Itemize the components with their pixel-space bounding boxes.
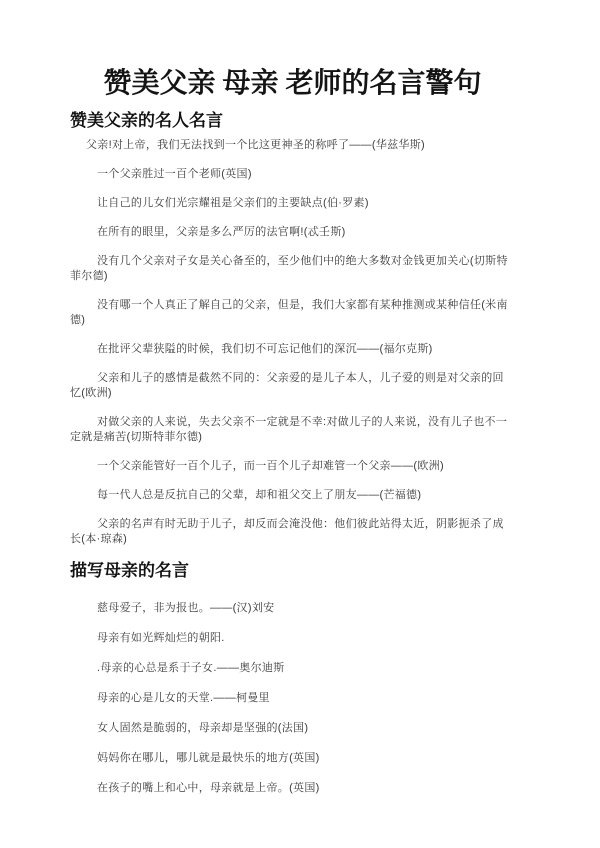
father-quote-7: 在批评父辈狭隘的时候，我们切不可忘记他们的深沉——(福尔克斯)	[70, 342, 515, 357]
section-heading-mother: 描写母亲的名言	[70, 561, 515, 581]
father-quote-12: 父亲的名声有时无助于儿子，却反而会淹没他：他们彼此站得太近，阴影扼杀了成长(本·…	[70, 517, 515, 547]
document: 赞美父亲 母亲 老师的名言警句 赞美父亲的名人名言 父亲!对上帝，我们无法找到一…	[0, 0, 600, 796]
mother-quote-7: 在孩子的嘴上和心中，母亲就是上帝。(英国)	[70, 781, 515, 796]
mother-quote-5: 女人固然是脆弱的，母亲却是坚强的(法国)	[70, 721, 515, 736]
father-quote-3: 让自己的儿女们光宗耀祖是父亲们的主要缺点(伯·罗素)	[70, 196, 515, 211]
section-heading-father: 赞美父亲的名人名言	[70, 111, 515, 131]
father-quote-6: 没有哪一个人真正了解自己的父亲，但是，我们大家都有某种推测或某种信任(米南德)	[70, 298, 515, 328]
father-quote-5: 没有几个父亲对子女是关心备至的，至少他们中的绝大多数对金钱更加关心(切斯特菲尔德…	[70, 254, 515, 284]
page-title: 赞美父亲 母亲 老师的名言警句	[70, 68, 515, 100]
mother-quote-1: 慈母爱子，非为报也。——(汉)刘安	[70, 601, 515, 616]
father-quote-10: 一个父亲能管好一百个儿子，而一百个儿子却难管一个父亲——(欧洲)	[70, 459, 515, 474]
section-mother-quotes: 描写母亲的名言 慈母爱子，非为报也。——(汉)刘安 母亲有如光辉灿烂的朝阳. .…	[70, 561, 515, 796]
father-quote-8: 父亲和儿子的感情是截然不同的：父亲爱的是儿子本人，儿子爱的则是对父亲的回忆(欧洲…	[70, 371, 515, 401]
father-quote-11: 每一代人总是反抗自己的父辈，却和祖父交上了朋友——(芒福德)	[70, 488, 515, 503]
mother-quote-2: 母亲有如光辉灿烂的朝阳.	[70, 631, 515, 646]
mother-quote-3: .母亲的心总是系于子女.——奥尔迪斯	[70, 661, 515, 676]
page: { "title": "赞美父亲 母亲 老师的名言警句", "sections"…	[0, 0, 600, 848]
father-quote-1: 父亲!对上帝，我们无法找到一个比这更神圣的称呼了——(华兹华斯)	[70, 138, 515, 153]
section-father-quotes: 赞美父亲的名人名言 父亲!对上帝，我们无法找到一个比这更神圣的称呼了——(华兹华…	[70, 111, 515, 547]
father-quote-9: 对做父亲的人来说，失去父亲不一定就是不幸:对做儿子的人来说，没有儿子也不一定就是…	[70, 415, 515, 445]
mother-quote-4: 母亲的心是儿女的天堂.——柯曼里	[70, 691, 515, 706]
father-quote-4: 在所有的眼里，父亲是多么严厉的法官啊!(忒壬斯)	[70, 225, 515, 240]
mother-quote-6: 妈妈你在哪儿，哪儿就是最快乐的地方(英国)	[70, 751, 515, 766]
father-quote-2: 一个父亲胜过一百个老师(英国)	[70, 167, 515, 182]
